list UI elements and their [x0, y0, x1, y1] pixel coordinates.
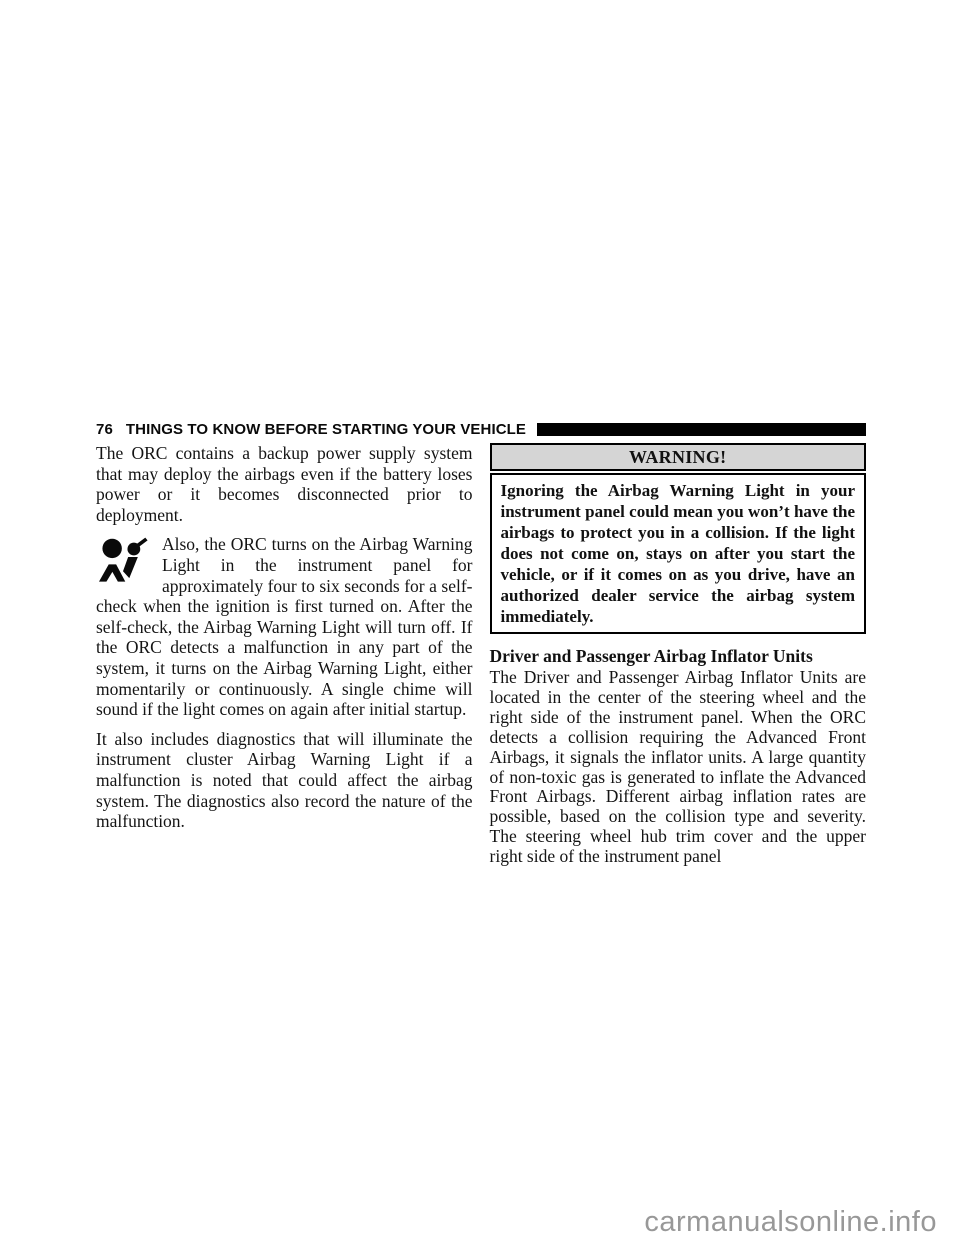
warning-body-text: Ignoring the Airbag Warning Light in you… [490, 473, 867, 634]
right-column: WARNING! Ignoring the Airbag Warning Lig… [490, 443, 867, 867]
page-number: 76 [96, 421, 113, 438]
warning-callout: WARNING! Ignoring the Airbag Warning Lig… [490, 443, 867, 634]
airbag-warning-light-icon [96, 537, 150, 585]
warning-title: WARNING! [490, 443, 867, 471]
watermark-text: carmanualsonline.info [644, 1206, 937, 1239]
running-header: 76 THINGS TO KNOW BEFORE STARTING YOUR V… [96, 421, 866, 438]
header-bar [537, 423, 866, 436]
paragraph-orc-backup-power: The ORC contains a backup power supply s… [96, 443, 473, 525]
section-heading-inflator-units: Driver and Passenger Airbag Inflator Uni… [490, 646, 867, 667]
two-column-layout: The ORC contains a backup power supply s… [96, 443, 866, 867]
page-content: 76 THINGS TO KNOW BEFORE STARTING YOUR V… [96, 421, 866, 867]
left-column: The ORC contains a backup power supply s… [96, 443, 473, 832]
paragraph-text: Also, the ORC turns on the Airbag Warnin… [96, 534, 473, 719]
paragraph-airbag-warning-light: Also, the ORC turns on the Airbag Warnin… [96, 534, 473, 719]
paragraph-diagnostics: It also includes diagnostics that will i… [96, 729, 473, 832]
manual-page: { "page": { "number": "76", "header_titl… [0, 0, 960, 1242]
paragraph-inflator-units: The Driver and Passenger Airbag Inflator… [490, 668, 867, 867]
header-title: THINGS TO KNOW BEFORE STARTING YOUR VEHI… [126, 421, 526, 438]
